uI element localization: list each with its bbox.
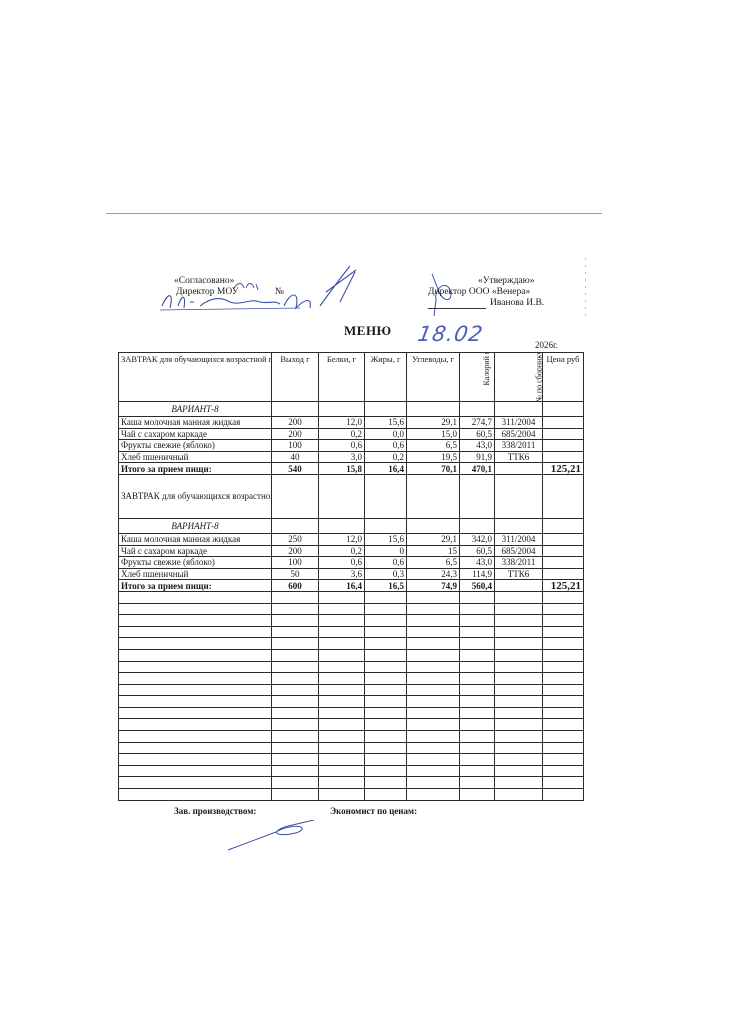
empty-row [119,661,584,673]
empty-row [119,684,584,696]
empty-cell [319,777,365,789]
dish-price [543,417,584,429]
dish-calories: 60,5 [460,545,495,557]
dish-price [543,428,584,440]
empty-row [119,777,584,789]
empty-cell [272,673,319,685]
dish-recipe-number: ТТК6 [495,451,543,463]
confirmation-role: Директор ООО «Венера» [428,287,544,298]
empty-cell [495,626,543,638]
approval-role: Директор МОУ [176,287,238,297]
empty-cell [119,638,272,650]
empty-cell [543,731,584,743]
empty-cell [407,754,460,766]
dish-calories: 342,0 [460,533,495,545]
meal-header: ЗАВТРАК для обучающихся возрастной групп… [119,353,272,402]
header-output: Выход г [272,353,319,402]
document-year: 2026г. [535,340,558,350]
dish-protein: 0,2 [319,545,365,557]
empty-row [119,731,584,743]
empty-cell [319,684,365,696]
approval-number-label: № [275,287,284,297]
empty-cell [272,731,319,743]
empty-cell [365,754,407,766]
dish-calories: 274,7 [460,417,495,429]
dish-price [543,451,584,463]
confirmation-name: Иванова И.В. [490,298,544,309]
empty-cell [460,518,495,533]
empty-cell [319,518,365,533]
empty-cell [543,518,584,533]
empty-cell [460,626,495,638]
dish-carbs: 29,1 [407,533,460,545]
empty-row [119,696,584,708]
dish-recipe-number: 685/2004 [495,428,543,440]
empty-cell [272,603,319,615]
table-row: Каша молочная манная жидкая20012,015,629… [119,417,584,429]
total-label: Итого за прием пищи: [119,463,272,475]
handwritten-date: 18.02 [416,322,485,346]
empty-row [119,789,584,801]
empty-cell [543,673,584,685]
empty-cell [407,731,460,743]
empty-cell [365,696,407,708]
table-row: Хлеб пшеничный503,60,324,3114,9ТТК6 [119,568,584,580]
empty-cell [407,638,460,650]
dish-carbs: 24,3 [407,568,460,580]
table-row: Фрукты свежие (яблоко)1000,60,66,543,033… [119,440,584,452]
empty-cell [365,402,407,417]
total-calories: 560,4 [460,580,495,592]
page-title: МЕНЮ [344,323,392,339]
empty-cell [543,649,584,661]
header-protein: Белки, г [319,353,365,402]
empty-cell [495,742,543,754]
empty-cell [460,673,495,685]
empty-cell [407,615,460,627]
dish-recipe-number: 311/2004 [495,533,543,545]
empty-cell [272,626,319,638]
empty-cell [319,649,365,661]
empty-cell [495,402,543,417]
empty-row [119,649,584,661]
empty-row [119,591,584,603]
empty-cell [495,603,543,615]
empty-cell [460,789,495,801]
empty-cell [407,789,460,801]
price-economist-label: Экономист по ценам: [330,806,417,816]
empty-cell [365,673,407,685]
empty-cell [495,591,543,603]
empty-cell [460,777,495,789]
empty-cell [543,789,584,801]
dish-fat: 0,6 [365,440,407,452]
table-header-row: ЗАВТРАК для обучающихся возрастной групп… [119,353,584,402]
empty-cell [460,731,495,743]
empty-row [119,719,584,731]
empty-cell [407,719,460,731]
empty-cell [119,696,272,708]
empty-row [119,603,584,615]
empty-cell [407,474,460,518]
dish-fat: 15,6 [365,533,407,545]
empty-cell [543,591,584,603]
empty-cell [543,615,584,627]
empty-cell [365,638,407,650]
empty-cell [460,742,495,754]
scan-artifact [585,258,586,318]
meal-section-title: ЗАВТРАК для обучающихся возрастной групп… [119,474,272,518]
total-price: 125,21 [543,463,584,475]
empty-cell [272,742,319,754]
empty-cell [119,754,272,766]
empty-cell [365,518,407,533]
dish-fat: 0,2 [365,451,407,463]
total-price: 125,21 [543,580,584,592]
empty-row [119,742,584,754]
empty-cell [495,754,543,766]
empty-cell [365,765,407,777]
empty-cell [119,707,272,719]
empty-cell [319,719,365,731]
empty-cell [272,684,319,696]
empty-cell [460,402,495,417]
empty-cell [272,707,319,719]
dish-name: Каша молочная манная жидкая [119,533,272,545]
empty-cell [460,638,495,650]
empty-cell [495,684,543,696]
empty-cell [119,719,272,731]
dish-recipe-number: 338/2011 [495,557,543,569]
empty-cell [407,742,460,754]
empty-cell [319,603,365,615]
dish-output: 100 [272,440,319,452]
empty-row [119,754,584,766]
dish-price [543,568,584,580]
empty-cell [407,661,460,673]
empty-cell [365,719,407,731]
empty-row [119,615,584,627]
empty-cell [407,402,460,417]
dish-name: Чай с сахаром каркаде [119,545,272,557]
empty-cell [460,649,495,661]
empty-cell [495,707,543,719]
empty-cell [543,474,584,518]
empty-cell [407,696,460,708]
dish-calories: 60,5 [460,428,495,440]
empty-cell [543,742,584,754]
production-head-signature-icon [226,820,316,854]
empty-cell [365,707,407,719]
empty-cell [119,615,272,627]
header-recipe-number: № по сборнику рецептур [495,353,543,402]
table-row: Каша молочная манная жидкая25012,015,629… [119,533,584,545]
header-fat: Жиры, г [365,353,407,402]
dish-recipe-number: 338/2011 [495,440,543,452]
empty-cell [543,626,584,638]
dish-carbs: 19,5 [407,451,460,463]
empty-cell [543,777,584,789]
empty-cell [319,789,365,801]
empty-cell [365,603,407,615]
dish-protein: 3,0 [319,451,365,463]
empty-cell [460,591,495,603]
dish-fat: 0 [365,545,407,557]
total-protein: 15,8 [319,463,365,475]
confirmation-block: «Утверждаю» Директор ООО «Венера» Иванов… [428,276,544,309]
empty-cell [460,765,495,777]
total-label: Итого за прием пищи: [119,580,272,592]
empty-cell [365,684,407,696]
empty-cell [272,402,319,417]
empty-cell [319,742,365,754]
empty-cell [407,777,460,789]
table-row: Хлеб пшеничный403,00,219,591,9ТТК6 [119,451,584,463]
variant-row: ВАРИАНТ-8 [119,402,584,417]
empty-cell [119,789,272,801]
table-row: Чай с сахаром каркаде2000,20,015,060,568… [119,428,584,440]
empty-cell [543,754,584,766]
empty-cell [119,731,272,743]
approval-label: «Согласовано» [174,276,284,287]
total-fat: 16,5 [365,580,407,592]
empty-cell [407,626,460,638]
empty-cell [272,518,319,533]
confirmation-label: «Утверждаю» [478,276,544,287]
dish-protein: 0,6 [319,440,365,452]
dish-name: Каша молочная манная жидкая [119,417,272,429]
empty-cell [319,474,365,518]
dish-fat: 15,6 [365,417,407,429]
empty-cell [319,696,365,708]
empty-cell [495,777,543,789]
empty-cell [543,402,584,417]
dish-output: 250 [272,533,319,545]
empty-cell [495,638,543,650]
empty-cell [319,673,365,685]
empty-cell [119,765,272,777]
empty-cell [495,661,543,673]
dish-output: 200 [272,428,319,440]
empty-cell [543,661,584,673]
meal-section-header-row: ЗАВТРАК для обучающихся возрастной групп… [119,474,584,518]
table-row: Фрукты свежие (яблоко)1000,60,66,543,033… [119,557,584,569]
total-carbs: 74,9 [407,580,460,592]
empty-cell [495,649,543,661]
empty-cell [495,474,543,518]
empty-cell [319,626,365,638]
empty-cell [365,615,407,627]
empty-cell [407,684,460,696]
empty-cell [495,719,543,731]
dish-name: Хлеб пшеничный [119,568,272,580]
empty-cell [319,615,365,627]
empty-cell [460,719,495,731]
empty-cell [407,591,460,603]
dish-recipe-number: 311/2004 [495,417,543,429]
empty-cell [319,707,365,719]
empty-cell [543,684,584,696]
total-recipe-number [495,463,543,475]
header-calories: Калорий ность [460,353,495,402]
header-price: Цена руб [543,353,584,402]
dish-protein: 0,6 [319,557,365,569]
empty-cell [365,474,407,518]
empty-cell [460,707,495,719]
empty-cell [543,638,584,650]
empty-cell [319,591,365,603]
empty-cell [365,626,407,638]
dish-calories: 114,9 [460,568,495,580]
empty-cell [119,661,272,673]
empty-cell [272,661,319,673]
total-recipe-number [495,580,543,592]
empty-cell [543,603,584,615]
table-row: Чай с сахаром каркаде2000,201560,5685/20… [119,545,584,557]
dish-output: 40 [272,451,319,463]
empty-cell [495,673,543,685]
dish-price [543,440,584,452]
top-rule-divider [106,213,602,214]
empty-cell [119,742,272,754]
dish-fat: 0,3 [365,568,407,580]
empty-cell [272,765,319,777]
empty-cell [407,707,460,719]
empty-cell [365,661,407,673]
empty-cell [543,765,584,777]
variant-label: ВАРИАНТ-8 [119,402,272,417]
empty-cell [365,777,407,789]
empty-row [119,673,584,685]
empty-cell [272,649,319,661]
empty-cell [407,603,460,615]
signature-line [428,299,486,309]
empty-cell [543,707,584,719]
empty-cell [460,474,495,518]
empty-cell [319,765,365,777]
empty-row [119,707,584,719]
empty-cell [272,789,319,801]
empty-cell [272,474,319,518]
menu-table: ЗАВТРАК для обучающихся возрастной групп… [118,352,584,801]
empty-cell [365,591,407,603]
dish-name: Чай с сахаром каркаде [119,428,272,440]
dish-name: Фрукты свежие (яблоко) [119,557,272,569]
empty-cell [319,661,365,673]
dish-name: Хлеб пшеничный [119,451,272,463]
empty-cell [460,615,495,627]
dish-protein: 3,6 [319,568,365,580]
dish-fat: 0,6 [365,557,407,569]
total-row: Итого за прием пищи:60016,416,574,9560,4… [119,580,584,592]
empty-cell [272,696,319,708]
empty-cell [407,765,460,777]
total-carbs: 70,1 [407,463,460,475]
dish-output: 100 [272,557,319,569]
dish-recipe-number: ТТК6 [495,568,543,580]
total-output: 600 [272,580,319,592]
approval-block: «Согласовано» Директор МОУ № [174,276,284,298]
dish-protein: 12,0 [319,533,365,545]
empty-cell [272,638,319,650]
empty-cell [460,684,495,696]
empty-cell [365,731,407,743]
empty-cell [272,719,319,731]
dish-output: 200 [272,417,319,429]
dish-protein: 0,2 [319,428,365,440]
empty-cell [119,603,272,615]
empty-cell [460,661,495,673]
empty-cell [119,591,272,603]
dish-output: 200 [272,545,319,557]
dish-price [543,533,584,545]
dish-calories: 91,9 [460,451,495,463]
empty-row [119,638,584,650]
empty-cell [407,518,460,533]
dish-price [543,557,584,569]
empty-cell [495,518,543,533]
dish-price [543,545,584,557]
empty-cell [460,696,495,708]
empty-row [119,765,584,777]
empty-cell [495,731,543,743]
total-calories: 470,1 [460,463,495,475]
dish-calories: 43,0 [460,440,495,452]
variant-row: ВАРИАНТ-8 [119,518,584,533]
empty-cell [495,696,543,708]
variant-label: ВАРИАНТ-8 [119,518,272,533]
dish-carbs: 15,0 [407,428,460,440]
total-output: 540 [272,463,319,475]
dish-name: Фрукты свежие (яблоко) [119,440,272,452]
empty-cell [119,777,272,789]
empty-cell [119,684,272,696]
header-carbs: Углеводы, г [407,353,460,402]
empty-cell [319,731,365,743]
empty-cell [495,789,543,801]
empty-cell [319,638,365,650]
empty-cell [365,789,407,801]
empty-cell [543,696,584,708]
empty-cell [319,402,365,417]
empty-cell [543,719,584,731]
total-row: Итого за прием пищи:54015,816,470,1470,1… [119,463,584,475]
empty-cell [272,777,319,789]
empty-cell [119,626,272,638]
dish-recipe-number: 685/2004 [495,545,543,557]
total-fat: 16,4 [365,463,407,475]
dish-carbs: 15 [407,545,460,557]
empty-cell [319,754,365,766]
empty-cell [272,754,319,766]
empty-cell [272,615,319,627]
dish-fat: 0,0 [365,428,407,440]
empty-cell [407,649,460,661]
empty-cell [365,649,407,661]
empty-cell [119,649,272,661]
empty-cell [407,673,460,685]
dish-calories: 43,0 [460,557,495,569]
total-protein: 16,4 [319,580,365,592]
empty-row [119,626,584,638]
dish-output: 50 [272,568,319,580]
empty-cell [119,673,272,685]
empty-cell [495,765,543,777]
empty-cell [272,591,319,603]
empty-cell [495,615,543,627]
production-head-label: Зав. производством: [174,806,256,816]
empty-cell [460,754,495,766]
